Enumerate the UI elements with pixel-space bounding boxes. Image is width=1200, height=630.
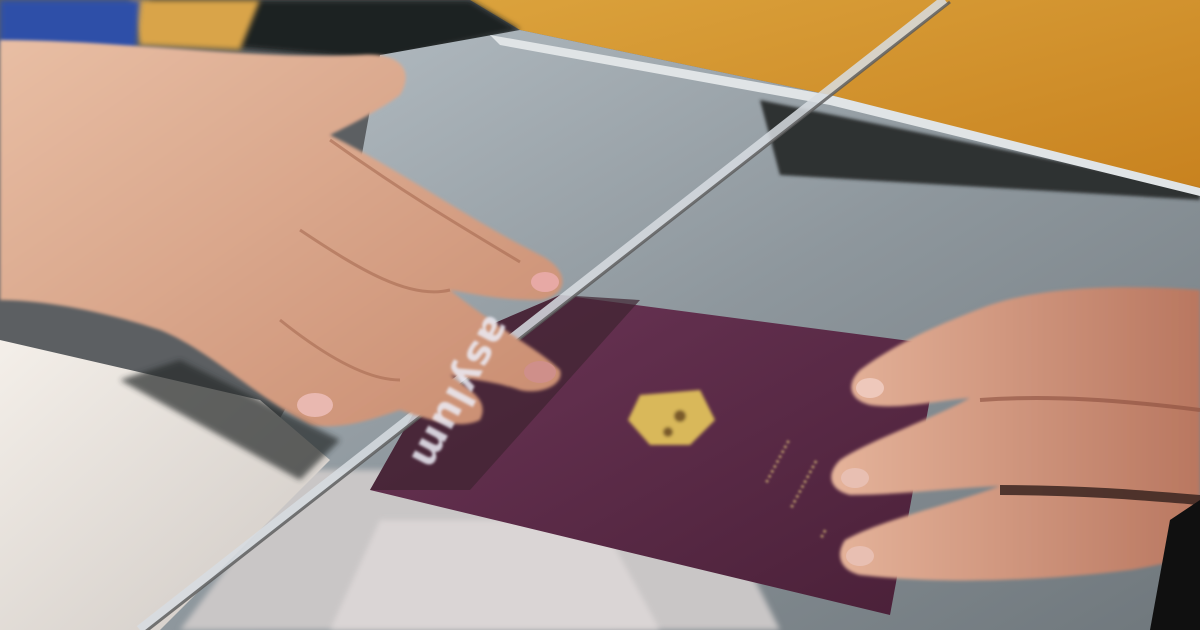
photo-scene: asylum ········· ·········· ·· xyxy=(0,0,1200,630)
